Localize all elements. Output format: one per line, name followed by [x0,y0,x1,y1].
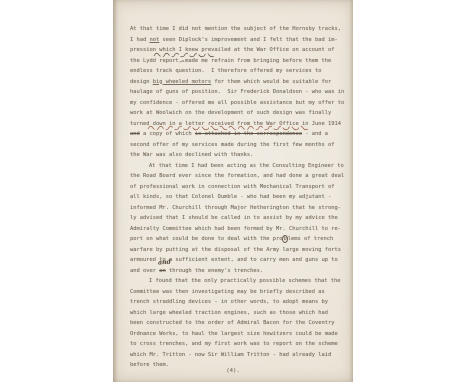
typed-line: I found that the only practically possib… [130,276,350,287]
typed-line: to cross trenches, and my first work was… [130,339,350,350]
typed-text: my confidence - offered me all possible … [130,100,344,106]
typed-line: which Mr. Tritton - now Sir William Trit… [130,350,350,361]
handwritten-insertion [154,51,212,59]
typed-line: informed Mr. Churchill through Major Het… [130,203,350,214]
typed-text: At that time I did not mention the subje… [130,26,341,32]
typed-line: haulage of guns of position. Sir Frederi… [130,87,350,98]
typed-text: to cross trenches, and my first work was… [130,341,338,347]
typed-line: my confidence - offered me all possible … [130,98,350,109]
typed-text: Ordnance Works, to haul the largest size… [130,331,338,337]
typed-text: port on what could be done to deal with … [130,236,283,242]
typed-line: design big wheeled motors for them which… [130,77,350,88]
struck-text: and [130,131,140,137]
typed-line: I had not seen Diplock's improvement and… [130,35,350,46]
typed-text: warfare by putting at the disposal of th… [130,247,341,253]
typed-text: lems of trench [288,236,333,242]
typed-text: endless track question. I therefore offe… [130,68,321,74]
typed-line: the Lydd report, made me refrain from br… [130,56,350,67]
typed-line: all kinds, so that Colonel Dumble - who … [130,192,350,203]
typed-line: Admiralty Committee which had been forme… [130,224,350,235]
typed-text: trench straddling devices - in other wor… [130,299,328,305]
typed-text: for them which would be suitable for [211,79,331,85]
typed-text: the War was also declined with thanks. [130,152,253,158]
handwritten-insertion [148,124,308,132]
typed-line: second offer of my services made during … [130,140,350,151]
typed-text: the Road Board ever since the formation,… [130,173,344,179]
handwritten-word: and [158,259,171,266]
typed-line: and over an through the enemy's trenches… [130,266,350,277]
typed-line: At that time I had been acting as the Co… [130,161,350,172]
typed-line: endless track question. I therefore offe… [130,66,350,77]
typed-line: warfare by putting at the disposal of th… [130,245,350,256]
typed-text: I had [130,37,149,43]
typed-text: and over [130,268,159,274]
typed-line: of professional work in connection with … [130,182,350,193]
typed-line: work at Woolwich on the development of s… [130,108,350,119]
typed-text: been constructed to the order of Admiral… [130,320,334,326]
photo-background: At that time I did not mention the subje… [0,0,468,382]
typed-line: trench straddling devices - in other wor… [130,297,350,308]
typed-text: ly advised that I should be called in to… [130,215,338,221]
typed-text: design [130,79,153,85]
document-page: At that time I did not mention the subje… [113,0,353,382]
typed-text: all kinds, so that Colonel Dumble - who … [130,194,331,200]
typed-text: informed Mr. Churchill through Major Het… [130,205,341,211]
typed-text-block: At that time I did not mention the subje… [130,24,350,371]
typed-text: which large wheeled traction engines, su… [130,310,328,316]
typed-line: ly advised that I should be called in to… [130,213,350,224]
typed-text: haulage of guns of position. Sir Frederi… [130,89,344,95]
typed-text: Admiralty Committee which had been forme… [130,226,341,232]
typed-line: and a copy of which is attached in the c… [130,129,350,140]
typed-line: been constructed to the order of Admiral… [130,318,350,329]
underlined-text: not [149,37,159,43]
typed-text: of professional work in connection with … [130,184,334,190]
typed-text: At that time I had been acting as the Co… [149,163,344,169]
typed-text: which Mr. Tritton - now Sir William Trit… [130,352,331,358]
typed-text: I found that the only practically possib… [149,278,340,284]
typed-line: the War was also declined with thanks. [130,150,350,161]
typed-line: the Road Board ever since the formation,… [130,171,350,182]
typed-line: which large wheeled traction engines, su… [130,308,350,319]
underlined-text: big wheeled motors [153,79,211,85]
typed-text: Committee was then investigating may be … [130,289,325,295]
typed-line: At that time I did not mention the subje… [130,24,350,35]
page-number: (4). [113,368,353,374]
typed-text: seen Diplock's improvement and I felt th… [159,37,338,43]
typed-text: through the enemy's trenches. [166,268,263,274]
typed-line: port on what could be done to deal with … [130,234,350,245]
typed-line: Committee was then investigating may be … [130,287,350,298]
typed-line: Ordnance Works, to haul the largest size… [130,329,350,340]
typed-text: work at Woolwich on the development of s… [130,110,331,116]
typed-text: second offer of my services made during … [130,142,334,148]
